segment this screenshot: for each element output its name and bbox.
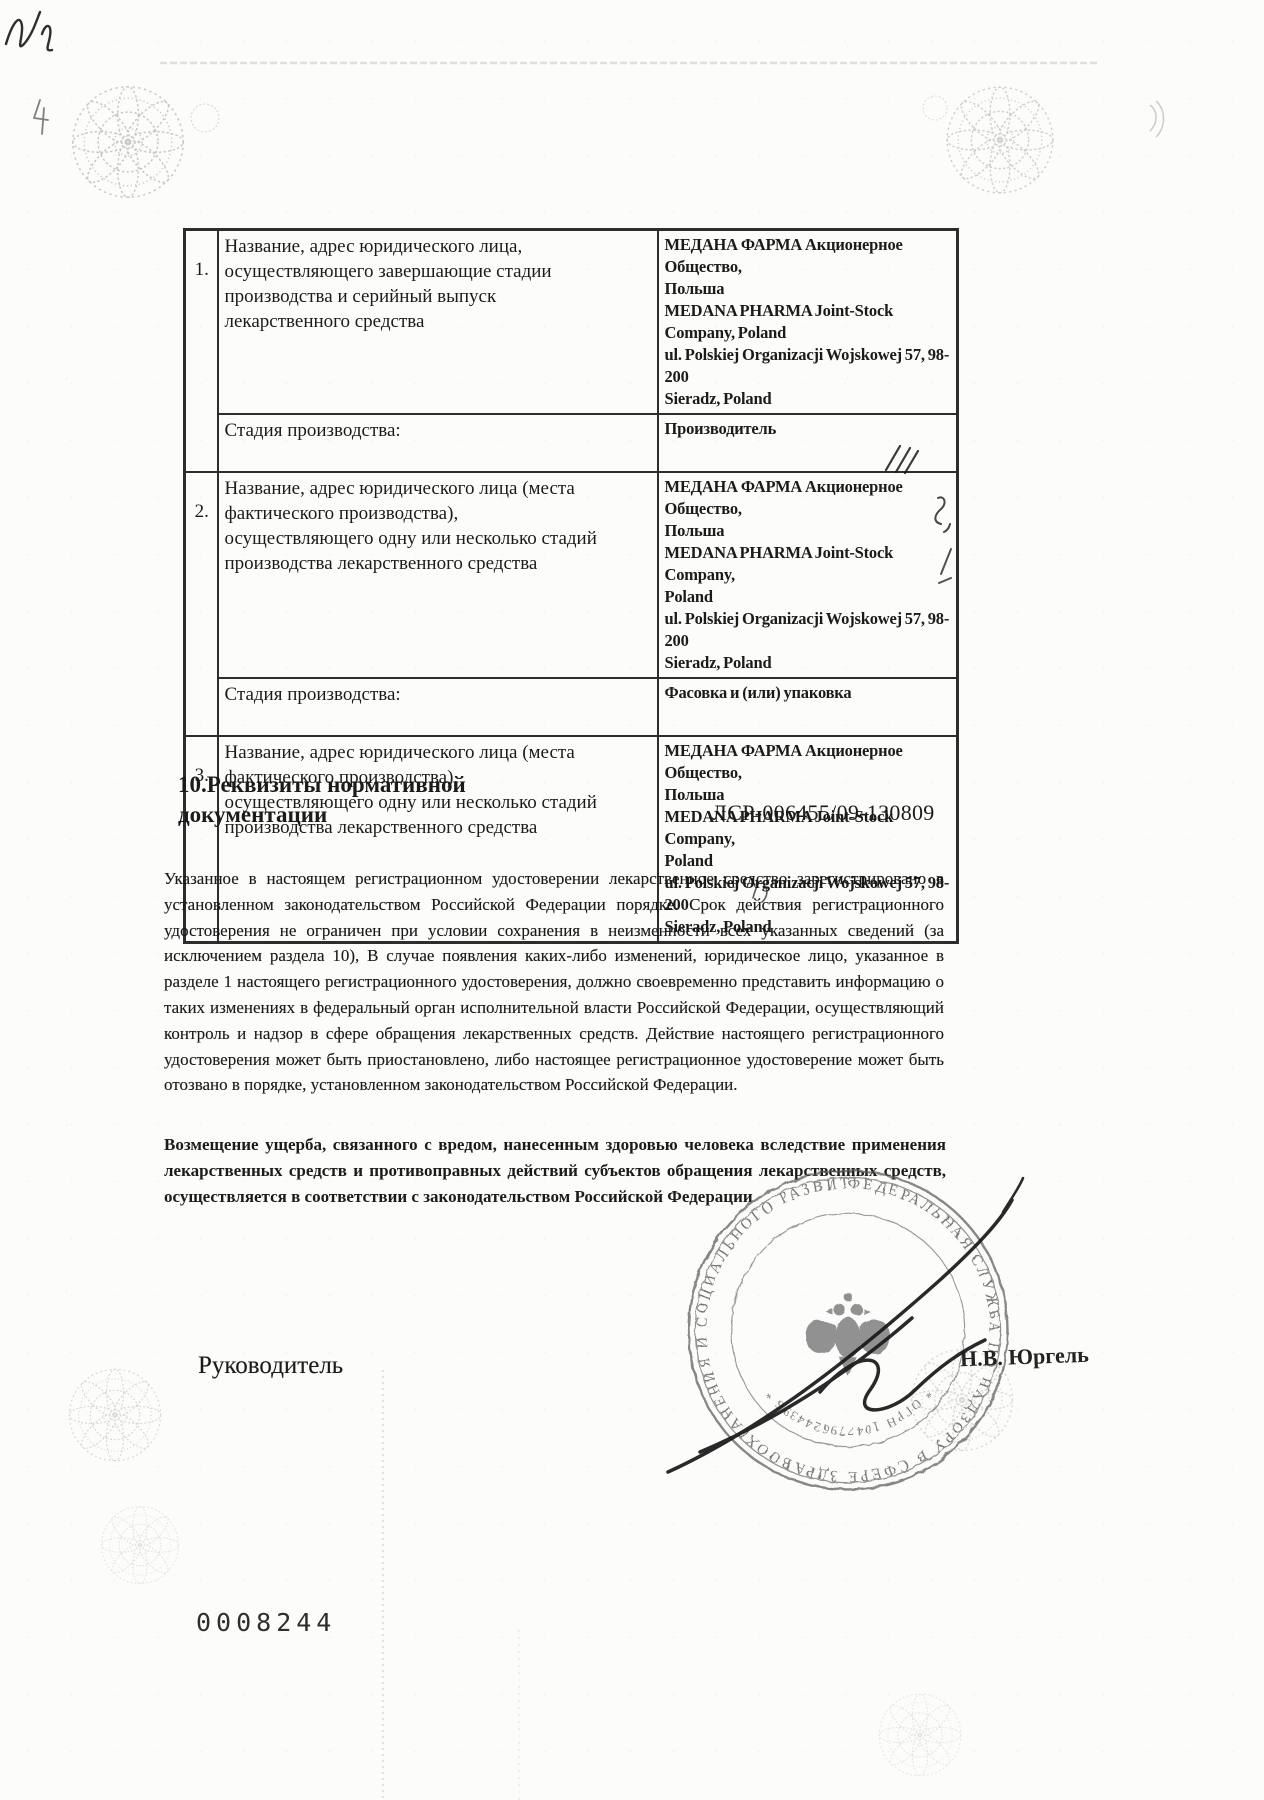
rosette-bottom-left-2 [102,1507,179,1584]
table-row-2-stage: Стадия производства: Фасовка и (или) упа… [185,678,958,736]
edge-ornament-right [1150,101,1164,137]
registration-number: ЛСР-006455/09-130809 [712,800,972,826]
field-label: Название, адрес юридического лица (места… [218,472,658,678]
row-number: 2. [185,472,218,736]
signatory-name: Н.В. Юргель [960,1342,1090,1372]
official-stamp: ФЕДЕРАЛЬНАЯ СЛУЖБА ПО НАДЗОРУ В СФЕРЕ ЗД… [673,1155,1023,1505]
legal-paragraph: Указанное в настоящем регистрационном уд… [164,866,944,1098]
signatory-title: Руководитель [198,1352,343,1380]
pen-mark-left-edge [34,100,48,134]
rosette-top-left [73,87,183,197]
field-value: МЕДАНА ФАРМА Акционерное Общество, Польш… [658,230,958,415]
rosette-top-right [947,87,1053,193]
stamp-ogrn-text: * ОГРН 1047796244396 * [762,1387,934,1439]
field-value: Фасовка и (или) упаковка [658,678,958,736]
row-number: 1. [185,230,218,473]
pen-squiggle-top-left [6,12,52,50]
field-label: Стадия производства: [218,678,658,736]
scanned-certificate-page: 1. Название, адрес юридического лица, ос… [0,0,1264,1800]
manufacturing-table: 1. Название, адрес юридического лица, ос… [183,228,959,944]
table-row-1-stage: Стадия производства: Производитель [185,414,958,472]
field-label: Стадия производства: [218,414,658,472]
ornament-dot-left [191,104,219,132]
table-row-2: 2. Название, адрес юридического лица (ме… [185,472,958,678]
table-row-1: 1. Название, адрес юридического лица, ос… [185,230,958,415]
double-eagle-emblem [806,1293,890,1377]
ornament-dot-right [923,96,947,120]
field-label: Название, адрес юридического лица, осуще… [218,230,658,415]
section-10-heading: 10.Реквизиты нормативной документации [178,770,523,830]
rosette-bottom-right-2 [879,1694,961,1776]
field-value: Производитель [658,414,958,472]
rosette-bottom-left-1 [69,1369,160,1460]
serial-number: 0008244 [196,1608,336,1637]
field-value: МЕДАНА ФАРМА Акционерное Общество, Польш… [658,472,958,678]
